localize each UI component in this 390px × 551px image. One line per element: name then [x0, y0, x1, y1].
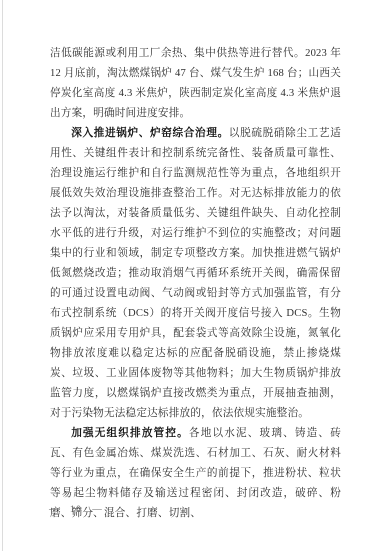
paragraph-lead: 深入推进锅炉、炉窑综合治理。 — [71, 128, 229, 139]
paragraph: 洁低碳能源或利用工厂余热、集中供热等进行替代。2023 年 12 月底前，淘汰燃… — [50, 44, 341, 124]
paragraph: 深入推进锅炉、炉窑综合治理。以脱硫脱硝除尘工艺适用性、关键组件表计和控制系统完备… — [50, 124, 341, 424]
document-page: 洁低碳能源或利用工厂余热、集中供热等进行替代。2023 年 12 月底前，淘汰燃… — [0, 0, 390, 551]
paragraph-text: 以脱硫脱硝除尘工艺适用性、关键组件表计和控制系统完备性、装备质量可靠性、治理设施… — [50, 128, 341, 419]
paragraph-text: 洁低碳能源或利用工厂余热、集中供热等进行替代。2023 年 12 月底前，淘汰燃… — [50, 48, 341, 119]
page-number: — 10 — — [49, 505, 103, 515]
page-edge-line — [2, 0, 3, 551]
paragraph-lead: 加强无组织排放管控。 — [71, 428, 189, 439]
document-body-text: 洁低碳能源或利用工厂余热、集中供热等进行替代。2023 年 12 月底前，淘汰燃… — [50, 44, 341, 524]
